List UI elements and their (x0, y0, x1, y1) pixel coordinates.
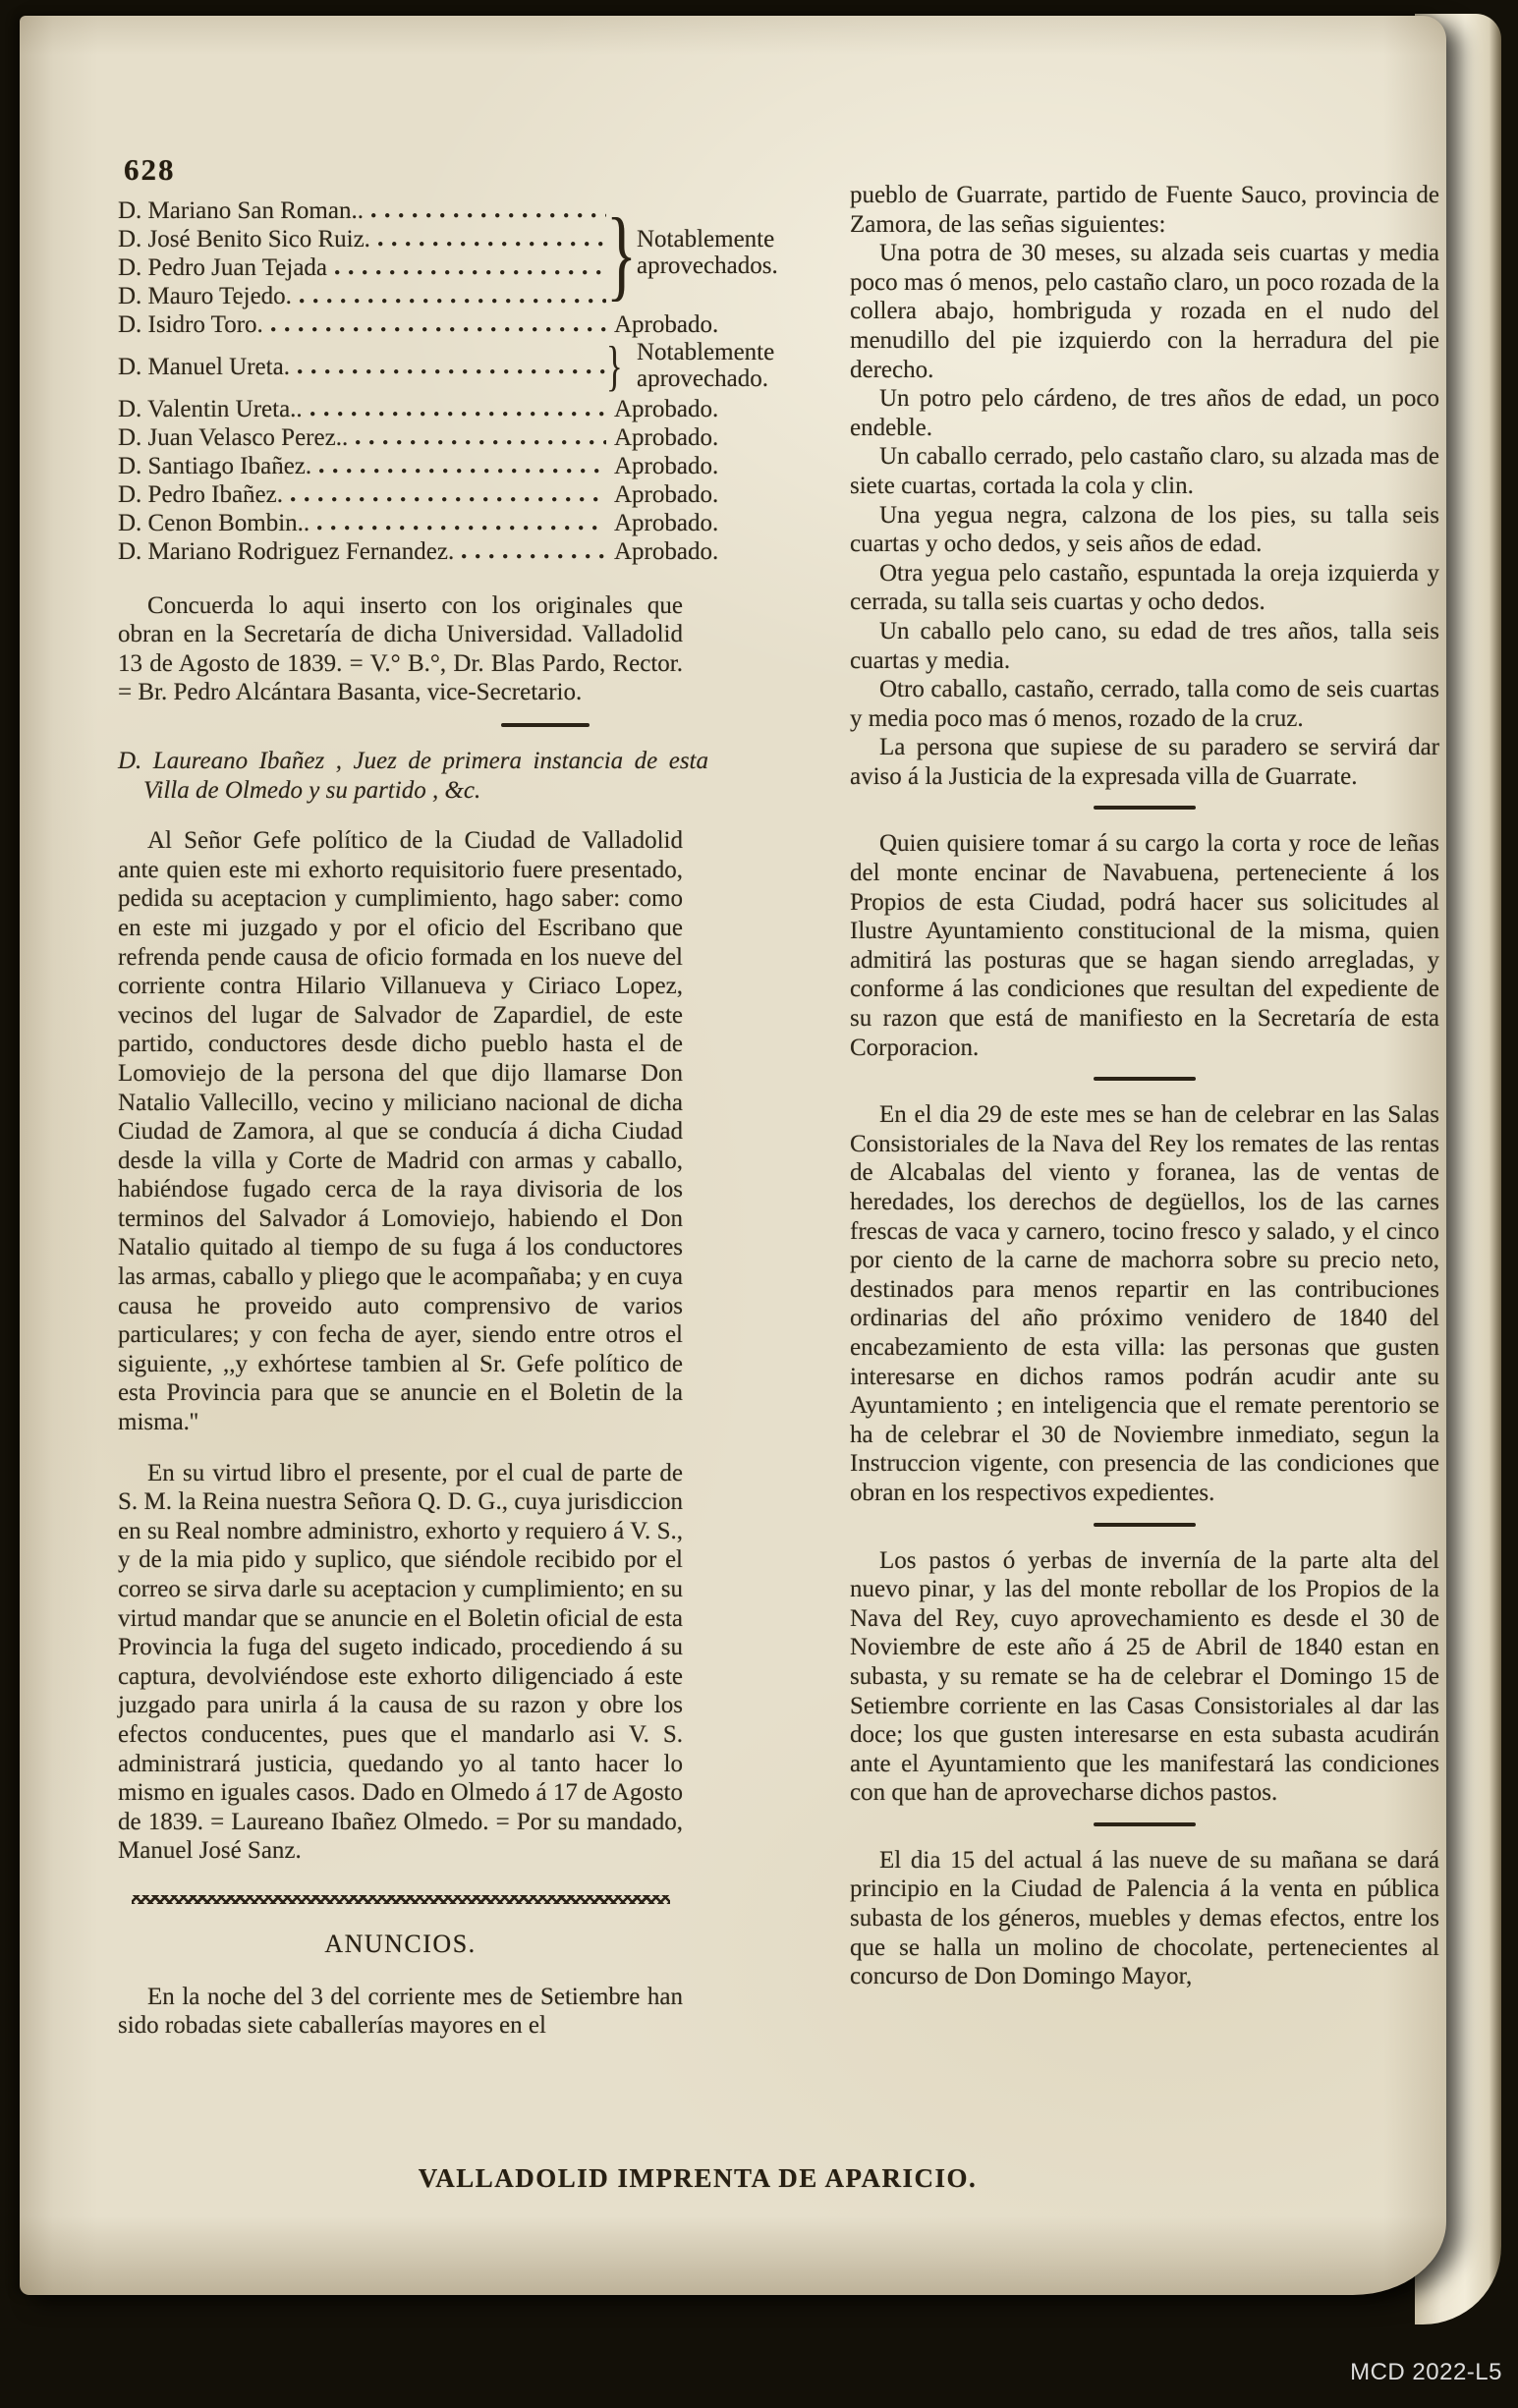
grade-result (614, 282, 806, 310)
continued-paragraph: pueblo de Guarrate, partido de Fuente Sa… (850, 181, 1439, 239)
student-name: D. Mariano Rodriguez Fernandez. (118, 537, 454, 566)
animal-description: Otra yegua pelo castaño, espuntada la or… (850, 559, 1439, 617)
animal-description: Una potra de 30 meses, su alzada seis cu… (850, 239, 1439, 384)
anuncio-subasta-palencia: El dia 15 del actual á las nueve de su m… (850, 1846, 1439, 1991)
grade-result: Aprobado. (614, 509, 806, 537)
anuncios-heading: ANUNCIOS. (118, 1930, 683, 1959)
list-item: D. Pedro Ibañez.Aprobado. (118, 480, 806, 509)
group-brace-icon: } (606, 196, 637, 312)
student-name: D. Pedro Juan Tejada (118, 253, 327, 282)
grade-result: Aprobado. (614, 395, 806, 423)
dot-leader (356, 440, 606, 445)
list-item: D. Cenon Bombin..Aprobado. (118, 509, 806, 537)
dot-leader (271, 327, 606, 332)
anuncio-pastos: Los pastos ó yerbas de invernía de la pa… (850, 1546, 1439, 1808)
dot-leader (310, 412, 606, 417)
animal-description: Un caballo cerrado, pelo castaño claro, … (850, 442, 1439, 500)
anuncio-lenas: Quien quisiere tomar á su cargo la corta… (850, 829, 1439, 1062)
archive-watermark: MCD 2022-L5 (1350, 2359, 1502, 2386)
document-page: 628 D. Mariano San Roman.. D. José Benit… (20, 16, 1446, 2295)
left-column: 628 D. Mariano San Roman.. D. José Benit… (118, 155, 806, 2041)
animal-description: Un potro pelo cárdeno, de tres años de e… (850, 384, 1439, 442)
right-column: pueblo de Guarrate, partido de Fuente Sa… (850, 181, 1439, 1991)
group-label-notablemente-aprovechado: Notablemente aprovechado. (637, 339, 812, 393)
anuncio-remates: En el dia 29 de este mes se han de celeb… (850, 1100, 1439, 1507)
list-item: D. Mariano San Roman.. (118, 196, 806, 225)
anuncio-robbery: En la noche del 3 del corriente mes de S… (118, 1983, 683, 2041)
dot-leader (317, 526, 606, 531)
student-name: D. José Benito Sico Ruiz. (118, 225, 370, 253)
list-item: D. Santiago Ibañez.Aprobado. (118, 452, 806, 480)
dot-leader (335, 270, 606, 275)
dot-leader (319, 469, 606, 474)
student-name: D. Juan Velasco Perez.. (118, 423, 348, 452)
zigzag-divider (132, 1895, 670, 1904)
imprint-footer: VALLADOLID IMPRENTA DE APARICIO. (413, 2163, 983, 2194)
list-item: D. Valentin Ureta..Aprobado. (118, 395, 806, 423)
student-name: D. Manuel Ureta. (118, 353, 290, 381)
grades-list: D. Mariano San Roman.. D. José Benito Si… (118, 196, 806, 566)
dot-leader (291, 497, 606, 502)
student-name: D. Santiago Ibañez. (118, 452, 311, 480)
list-item: D. Isidro Toro.Aprobado. (118, 310, 806, 339)
student-name: D. Mauro Tejedo. (118, 282, 292, 310)
student-name: D. Cenon Bombin.. (118, 509, 309, 537)
section-divider (1094, 806, 1196, 810)
edict-body-virtud: En su virtud libro el presente, por el c… (118, 1459, 683, 1866)
page-number: 628 (124, 155, 806, 185)
dot-leader (298, 369, 606, 374)
section-divider (1094, 1077, 1196, 1081)
edict-body-exhorto: Al Señor Gefe político de la Ciudad de V… (118, 826, 683, 1436)
student-name: D. Mariano San Roman.. (118, 196, 364, 225)
notice-contact: La persona que supiese de su paradero se… (850, 733, 1439, 791)
section-divider (1094, 1822, 1196, 1826)
list-item: D. Mauro Tejedo. (118, 282, 806, 310)
group-label-notablemente-aprovechados: Notablemente aprovechados. (637, 226, 812, 280)
grade-result (614, 196, 806, 225)
edict-heading: D. Laureano Ibañez , Juez de primera ins… (118, 747, 708, 805)
dot-leader (300, 299, 606, 304)
student-name: D. Isidro Toro. (118, 310, 263, 339)
dot-leader (378, 242, 606, 247)
section-divider (1094, 1523, 1196, 1527)
grade-result: Aprobado. (614, 423, 806, 452)
list-item: D. Juan Velasco Perez..Aprobado. (118, 423, 806, 452)
list-item: D. Mariano Rodriguez Fernandez.Aprobado. (118, 537, 806, 566)
student-name: D. Valentin Ureta.. (118, 395, 303, 423)
section-divider (501, 723, 590, 727)
grade-result: Aprobado. (614, 537, 806, 566)
grade-result: Aprobado. (614, 452, 806, 480)
grade-result: Aprobado. (614, 480, 806, 509)
certification-paragraph: Concuerda lo aqui inserto con los origin… (118, 591, 683, 707)
dot-leader (371, 213, 606, 218)
group-brace-icon: } (606, 336, 623, 397)
grade-result: Aprobado. (614, 310, 806, 339)
animal-description: Un caballo pelo cano, su edad de tres añ… (850, 617, 1439, 675)
student-name: D. Pedro Ibañez. (118, 480, 283, 509)
animal-description: Una yegua negra, calzona de los pies, su… (850, 501, 1439, 559)
dot-leader (462, 554, 606, 559)
animal-description: Otro caballo, castaño, cerrado, talla co… (850, 675, 1439, 733)
